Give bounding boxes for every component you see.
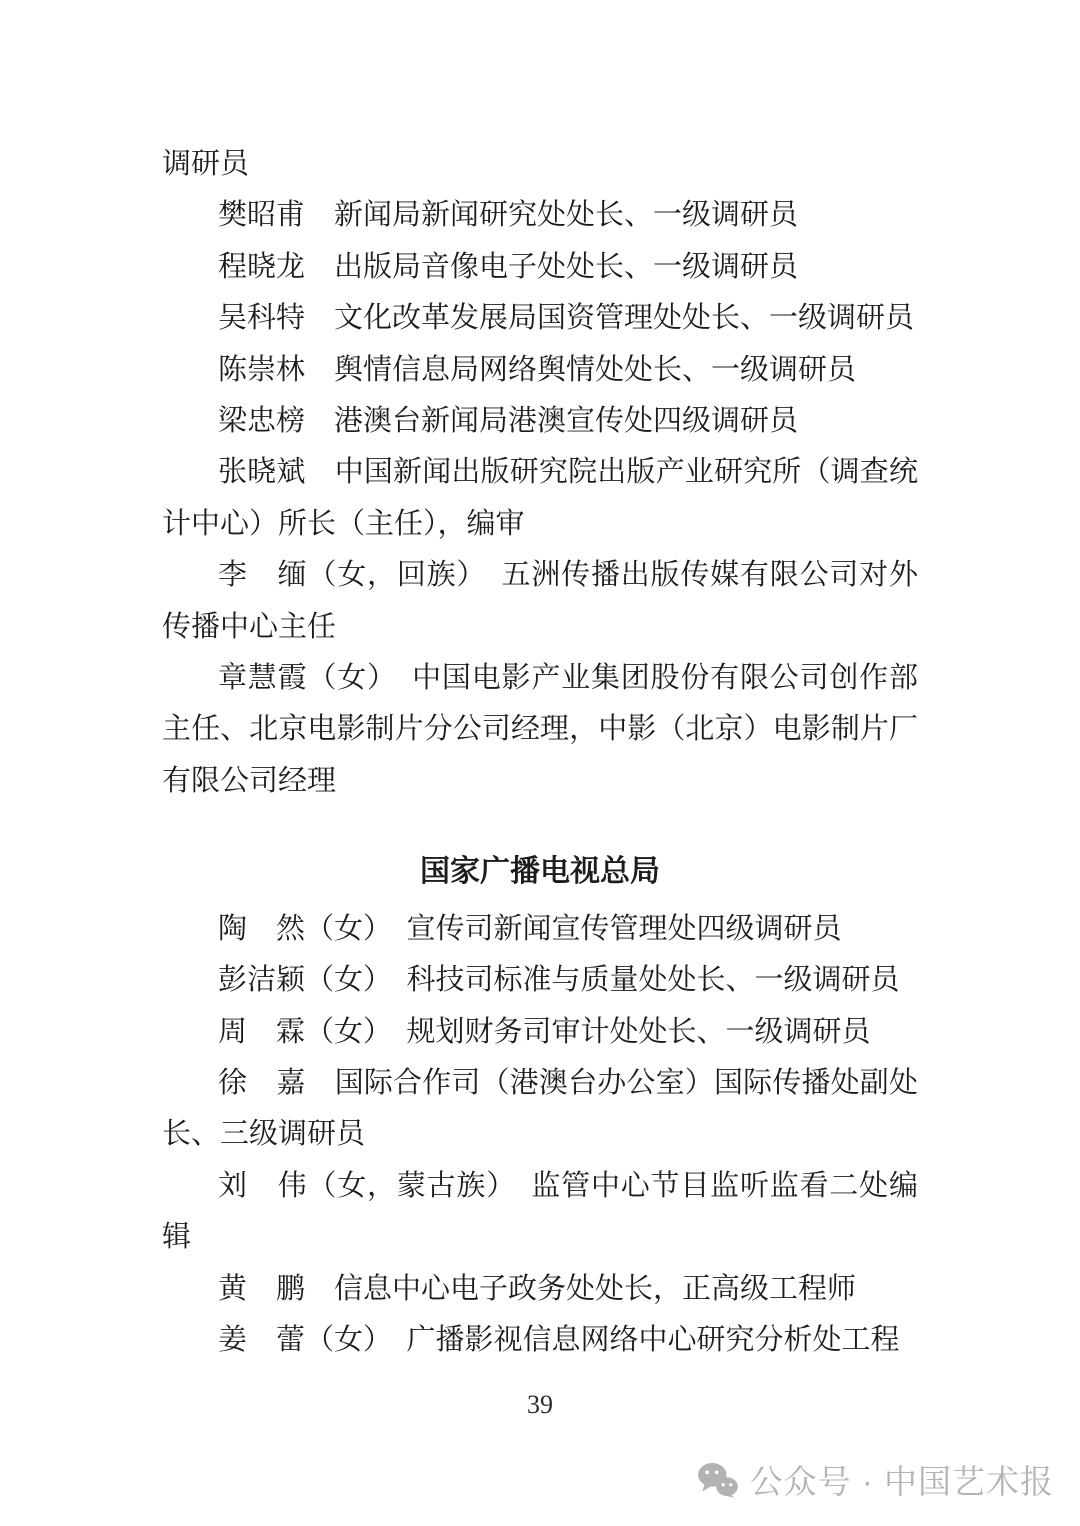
section-heading: 国家广播电视总局 (162, 846, 918, 897)
roster-line: 刘 伟（女，蒙古族） 监管中心节目监听监看二处编辑 (162, 1161, 918, 1264)
document-body: 调研员 樊昭甫 新闻局新闻研究处处长、一级调研员 程晓龙 出版局音像电子处处长、… (162, 139, 918, 1366)
roster-line: 彭洁颖（女） 科技司标准与质量处处长、一级调研员 (162, 955, 918, 1006)
watermark: 公众号 · 中国艺术报 (697, 1456, 1054, 1503)
wechat-icon (697, 1462, 739, 1498)
roster-line: 张晓斌 中国新闻出版研究院出版产业研究所（调查统计中心）所长（主任），编审 (162, 447, 918, 550)
watermark-text: 公众号 · 中国艺术报 (750, 1456, 1054, 1503)
roster-line: 姜 蕾（女） 广播影视信息网络中心研究分析处工程 (162, 1315, 918, 1366)
roster-line: 陶 然（女） 宣传司新闻宣传管理处四级调研员 (162, 904, 918, 955)
continuation-line: 调研员 (162, 139, 918, 190)
roster-line: 程晓龙 出版局音像电子处处长、一级调研员 (162, 242, 918, 293)
roster-line: 吴科特 文化改革发展局国资管理处处长、一级调研员 (162, 293, 918, 344)
roster-line: 黄 鹏 信息中心电子政务处处长，正高级工程师 (162, 1264, 918, 1315)
roster-line: 陈崇林 舆情信息局网络舆情处处长、一级调研员 (162, 345, 918, 396)
page-number: 39 (0, 1390, 1080, 1420)
roster-line: 周 霖（女） 规划财务司审计处处长、一级调研员 (162, 1007, 918, 1058)
roster-line: 章慧霞（女） 中国电影产业集团股份有限公司创作部主任、北京电影制片分公司经理，中… (162, 653, 918, 807)
roster-line: 徐 嘉 国际合作司（港澳台办公室）国际传播处副处长、三级调研员 (162, 1058, 918, 1161)
roster-line: 樊昭甫 新闻局新闻研究处处长、一级调研员 (162, 190, 918, 241)
document-page: { "document": { "text_color": "#1c1c1c",… (0, 0, 1080, 1526)
roster-line: 梁忠榜 港澳台新闻局港澳宣传处四级调研员 (162, 396, 918, 447)
roster-line: 李 缅（女，回族） 五洲传播出版传媒有限公司对外传播中心主任 (162, 550, 918, 653)
